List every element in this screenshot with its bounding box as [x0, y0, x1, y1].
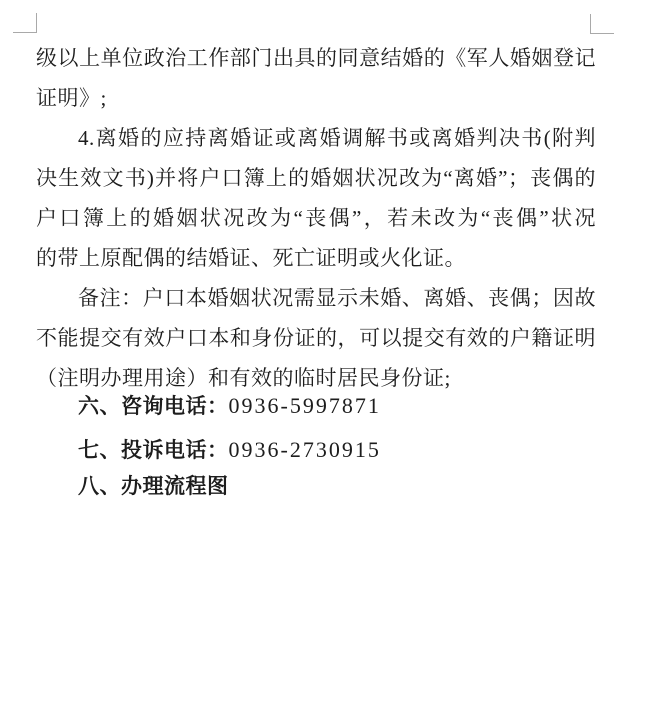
consult-phone-number: 0936-5997871: [229, 393, 381, 418]
consult-phone-line: 六、咨询电话：0936-5997871: [36, 386, 596, 426]
text-line-divorce-3: 户口簿上的婚姻状况改为“丧偶”，若未改为“丧偶”状况: [36, 198, 596, 238]
document-page: 级以上单位政治工作部门出具的同意结婚的《军人婚姻登记 证明》; 4.离婚的应持离…: [0, 0, 661, 728]
complaint-phone-number: 0936-2730915: [229, 437, 381, 462]
text-line-divorce-4: 的带上原配偶的结婚证、死亡证明或火化证。: [36, 238, 596, 278]
text-line-note-2: 不能提交有效户口本和身份证的，可以提交有效的户籍证明: [36, 318, 596, 358]
complaint-phone-line: 七、投诉电话：0936-2730915: [36, 430, 596, 470]
flowchart-heading: 八、办理流程图: [36, 466, 596, 506]
complaint-phone-label: 七、投诉电话：: [78, 438, 229, 462]
margin-mark-top-right: [590, 14, 614, 34]
text-line-military-cert: 级以上单位政治工作部门出具的同意结婚的《军人婚姻登记: [36, 38, 596, 78]
text-line-cert-end: 证明》;: [36, 78, 596, 118]
consult-phone-label: 六、咨询电话：: [78, 394, 229, 418]
text-line-divorce-2: 决生效文书)并将户口簿上的婚姻状况改为“离婚”；丧偶的: [36, 158, 596, 198]
document-body: 级以上单位政治工作部门出具的同意结婚的《军人婚姻登记 证明》; 4.离婚的应持离…: [36, 38, 596, 506]
text-line-divorce-1: 4.离婚的应持离婚证或离婚调解书或离婚判决书(附判: [36, 118, 596, 158]
margin-mark-top-left: [13, 13, 37, 33]
text-line-note-1: 备注：户口本婚姻状况需显示未婚、离婚、丧偶；因故: [36, 278, 596, 318]
